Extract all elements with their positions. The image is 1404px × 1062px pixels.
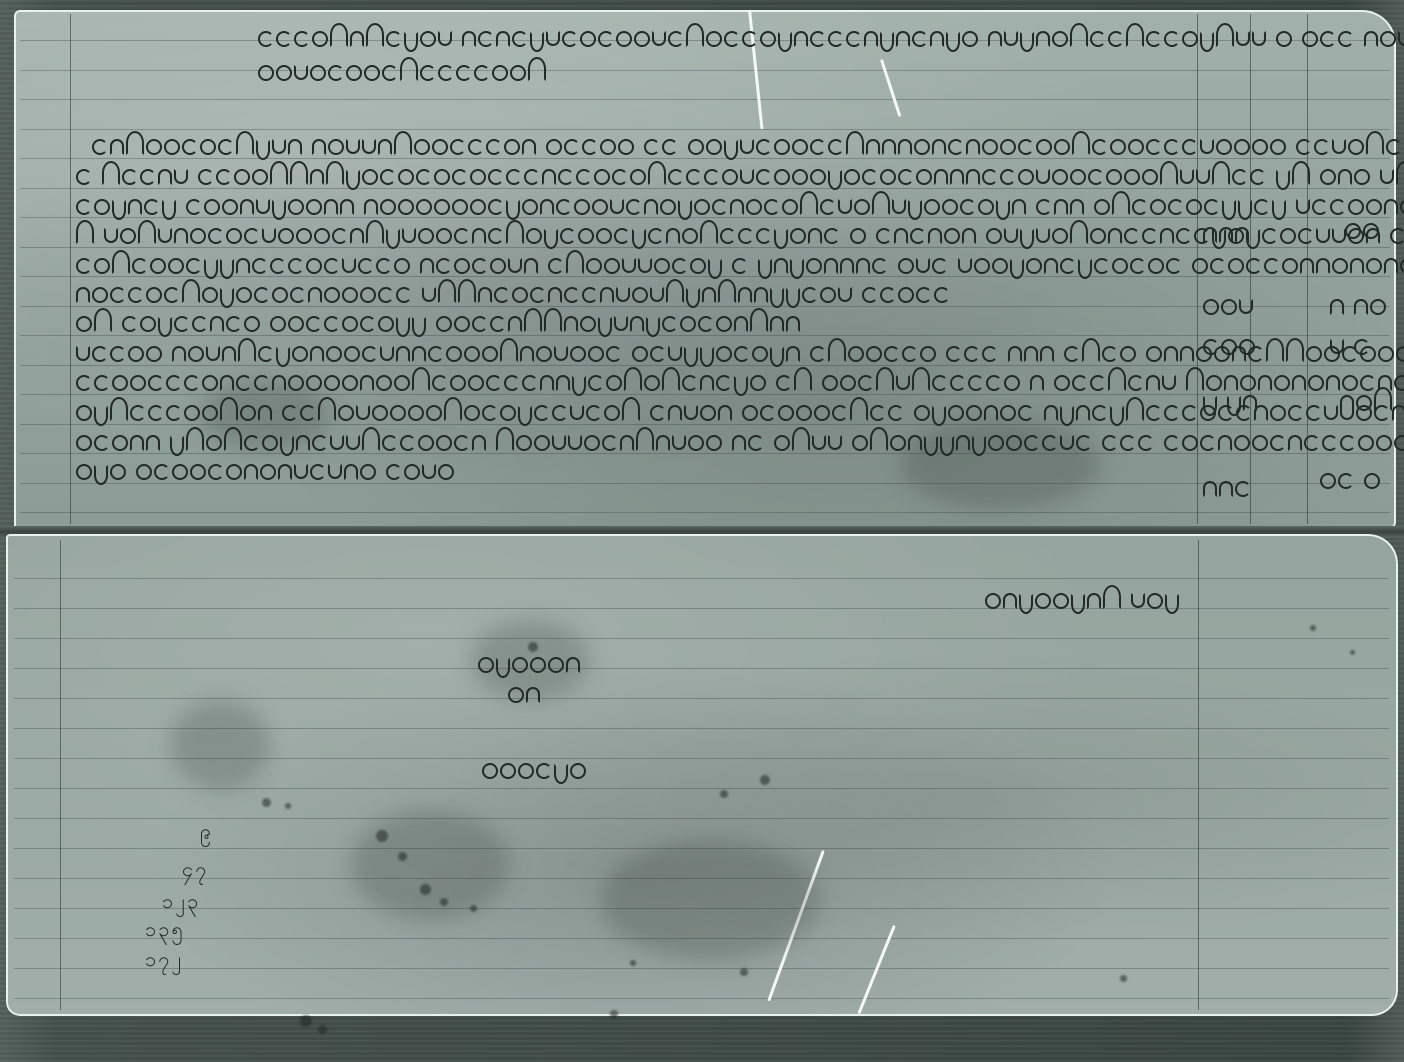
handwriting-stroke [226,316,242,332]
handwriting-stroke [520,346,534,362]
handwriting-stroke [682,375,698,391]
handwriting-stroke [1312,199,1328,215]
handwriting-stroke [452,199,468,215]
handwriting-stroke [1035,593,1051,609]
handwriting-stroke [416,169,432,185]
handwriting-stroke [1306,346,1322,362]
handwriting-stroke [506,169,522,185]
handwriting-stroke [226,228,242,244]
ink-stain [1120,975,1127,982]
handwriting-stroke [454,316,470,332]
handwriting-stroke [632,229,646,249]
handwriting-stroke [122,169,138,185]
handwriting-stroke [1060,406,1074,426]
handwriting-stroke [244,435,260,451]
handwriting-stroke [490,316,506,332]
handwriting-stroke [296,435,310,451]
handwriting-stroke [1348,139,1364,155]
handwriting-stroke [472,316,488,332]
ruled-line [14,998,1389,999]
handwriting-stroke [666,279,684,303]
handwriting-stroke [1036,228,1050,243]
handwriting-stroke [174,228,188,244]
handwriting-stroke [420,258,434,274]
number-note: ၁၇၂ [145,946,183,976]
handwriting-stroke [684,347,698,367]
handwriting-stroke [1326,375,1340,391]
handwriting-stroke [438,464,454,480]
handwriting-stroke [346,170,360,190]
handwriting-stroke [602,435,618,451]
handwriting-stroke [738,228,754,244]
handwriting-stroke [490,258,506,274]
handwriting-stroke [898,139,912,155]
handwriting-stroke [950,169,964,185]
handwriting-stroke [1054,199,1068,215]
handwriting-stroke [828,31,844,47]
handwriting-stroke [1182,405,1198,421]
handwriting-stroke [198,169,214,185]
handwriting-stroke [686,23,704,47]
handwriting-stroke [672,258,688,274]
handwriting-stroke [774,169,790,185]
handwriting-stroke [534,435,550,451]
handwriting-stroke [94,406,108,426]
handwriting-stroke [1006,435,1022,451]
handwriting-stroke [1384,258,1398,274]
handwriting-stroke [110,346,126,362]
handwriting-stroke [506,200,520,220]
handwriting-stroke [1070,23,1088,47]
handwriting-stroke [806,258,822,274]
handwriting-stroke [848,346,864,362]
handwriting-stroke [518,406,532,426]
handwriting-stroke [548,657,564,673]
handwriting-stroke [636,427,654,451]
margin-note: [margin mark] [1345,220,1381,239]
body-line: [Burmese handwritten body line 11] [76,432,1404,451]
handwriting-stroke [1228,258,1244,274]
handwriting-stroke [632,287,648,303]
handwriting-stroke [524,169,540,185]
handwriting-stroke [828,139,844,155]
handwriting-stroke [76,169,92,185]
handwriting-stroke [536,346,552,362]
handwriting-stroke [150,258,166,274]
handwriting-stroke [190,228,206,244]
handwriting-stroke [1221,299,1237,315]
handwriting-stroke [1366,131,1384,155]
handwriting-stroke [1064,346,1080,362]
ruled-line [14,638,1389,639]
handwriting-stroke [238,338,256,362]
handwriting-stroke [112,375,128,391]
handwriting-stroke [708,259,722,279]
handwriting-stroke [110,464,126,480]
handwriting-stroke [566,250,584,274]
handwriting-stroke [438,279,456,303]
handwriting-stroke [1316,258,1330,274]
handwriting-stroke [1358,435,1374,451]
handwriting-stroke [1356,395,1372,411]
handwriting-stroke [742,405,758,421]
handwriting-stroke [462,31,476,47]
handwriting-stroke [1300,258,1314,274]
handwriting-stroke [1296,139,1312,155]
handwriting-stroke [750,375,766,391]
handwriting-stroke [94,199,110,215]
handwriting-stroke [634,31,650,47]
margin-note: ၁၀၀ [1203,336,1257,355]
handwriting-stroke [1070,220,1088,244]
handwriting-stroke [584,435,600,451]
handwriting-stroke [776,375,792,391]
number-note: ၄၇ [182,856,209,886]
handwriting-stroke [1308,375,1324,391]
handwriting-stroke [1380,169,1394,184]
handwriting-stroke [474,65,490,81]
handwriting-stroke [472,258,488,274]
handwriting-stroke [1164,435,1180,451]
handwriting-stroke [450,139,466,155]
handwriting-stroke [586,258,602,274]
handwriting-stroke [272,139,286,154]
handwriting-stroke [1102,346,1118,362]
handwriting-stroke [494,287,510,303]
handwriting-stroke [436,316,452,332]
handwriting-stroke [204,259,218,279]
handwriting-stroke [1186,367,1204,391]
handwriting-stroke [882,139,896,155]
handwriting-stroke [1103,585,1121,609]
handwriting-stroke [742,31,758,47]
handwriting-stroke [458,279,476,303]
handwriting-stroke [312,139,326,155]
handwriting-stroke [1112,258,1128,274]
handwriting-stroke [752,346,768,362]
handwriting-stroke [694,199,710,215]
handwriting-stroke [360,287,376,303]
handwriting-stroke [866,139,880,155]
handwriting-stroke [1286,338,1304,362]
handwriting-stroke [910,228,926,244]
handwriting-stroke [928,228,942,244]
handwriting-stroke [1239,299,1253,314]
handwriting-stroke [208,464,224,480]
handwriting-stroke [1240,375,1256,391]
handwriting-stroke [810,346,826,362]
handwriting-stroke [810,139,826,155]
handwriting-stroke [1036,199,1052,215]
handwriting-stroke [436,435,452,451]
handwriting-stroke [1180,169,1194,184]
handwriting-stroke [544,308,562,332]
handwriting-stroke [94,258,110,274]
handwriting-stroke [718,405,732,421]
handwriting-stroke [1332,228,1346,243]
ink-smudge [600,840,820,960]
handwriting-stroke [1018,169,1034,185]
handwriting-stroke [812,435,826,450]
ink-stain [440,898,448,906]
handwriting-stroke [146,139,162,155]
handwriting-stroke [102,161,120,185]
handwriting-stroke [328,139,344,155]
handwriting-stroke [822,375,838,391]
handwriting-stroke [386,464,402,480]
handwriting-stroke [488,199,504,215]
handwriting-stroke [252,169,268,185]
handwriting-stroke [894,228,908,244]
handwriting-stroke [1054,375,1070,391]
handwriting-stroke [294,31,310,47]
handwriting-stroke [446,346,462,362]
handwriting-stroke [544,229,558,249]
handwriting-stroke [324,287,340,303]
handwriting-stroke [1124,228,1140,244]
handwriting-stroke [548,258,564,274]
handwriting-stroke [378,287,394,303]
handwriting-stroke [252,258,268,274]
handwriting-stroke [342,375,358,391]
handwriting-stroke [324,316,340,332]
handwriting-stroke [1366,258,1382,274]
handwriting-stroke [644,199,658,215]
handwriting-stroke [1380,31,1396,47]
handwriting-stroke [76,199,92,215]
handwriting-stroke [638,258,652,273]
handwriting-stroke [966,405,982,421]
handwriting-stroke [716,346,732,362]
handwriting-stroke [400,435,416,451]
handwriting-stroke [112,250,130,274]
handwriting-stroke [552,405,568,421]
handwriting-stroke [672,435,686,450]
handwriting-stroke [716,375,732,391]
handwriting-stroke [962,31,978,47]
ink-stain [300,1015,312,1027]
handwriting-stroke [1008,346,1022,362]
handwriting-stroke [786,316,800,332]
handwriting-stroke [1306,405,1322,421]
handwriting-stroke [426,405,442,421]
handwriting-stroke [572,376,586,396]
handwriting-stroke [558,169,574,185]
handwriting-stroke [864,31,878,47]
handwriting-stroke [276,347,290,367]
handwriting-stroke [1354,299,1368,315]
handwriting-stroke [1110,406,1124,426]
handwriting-stroke [680,316,696,332]
handwriting-stroke [1272,200,1286,220]
handwriting-stroke [738,287,752,303]
handwriting-stroke [858,375,874,391]
handwriting-stroke [422,287,436,302]
handwriting-stroke [170,436,184,456]
handwriting-stroke [380,169,396,185]
handwriting-stroke [346,435,360,450]
handwriting-stroke [262,435,278,451]
handwriting-stroke [256,140,270,160]
handwriting-stroke [258,346,274,362]
ruled-line [20,99,1390,100]
handwriting-stroke [1108,31,1124,47]
handwriting-stroke [1176,228,1192,244]
handwriting-stroke [838,199,852,214]
handwriting-stroke [746,199,762,215]
handwriting-stroke [1204,199,1220,215]
handwriting-stroke [1019,594,1033,614]
handwriting-stroke [974,258,990,274]
handwriting-stroke [656,435,670,451]
handwriting-stroke [148,375,164,391]
handwriting-stroke [624,367,642,391]
handwriting-stroke [1364,473,1380,489]
handwriting-stroke [362,346,378,362]
handwriting-stroke [660,199,676,215]
handwriting-stroke [712,199,728,215]
handwriting-stroke [732,435,746,451]
handwriting-stroke [1288,435,1302,451]
handwriting-stroke [470,169,486,185]
handwriting-stroke [1354,339,1370,355]
handwriting-stroke [1400,258,1404,274]
handwriting-stroke [464,405,480,421]
handwriting-stroke [1076,405,1090,421]
handwriting-stroke [1221,339,1237,355]
handwriting-stroke [916,169,932,185]
handwriting-stroke [366,23,384,47]
handwriting-stroke [996,200,1010,220]
handwriting-stroke [1366,199,1382,215]
handwriting-stroke [128,199,142,215]
handwriting-stroke [76,316,92,332]
handwriting-stroke [1042,435,1058,451]
handwriting-stroke [218,139,234,155]
handwriting-stroke [396,287,412,303]
handwriting-stroke [740,169,754,184]
handwriting-stroke [706,435,722,451]
handwriting-stroke [942,199,958,215]
ink-stain [318,1025,327,1034]
handwriting-stroke [1398,31,1404,46]
handwriting-stroke [604,258,620,274]
handwriting-stroke [782,199,798,215]
handwriting-stroke [1340,435,1356,451]
handwriting-stroke [968,375,984,391]
handwriting-stroke [182,279,200,303]
handwriting-stroke [1266,338,1284,362]
handwriting-stroke [534,405,550,421]
handwriting-stroke [396,317,410,337]
handwriting-stroke [1004,228,1018,243]
handwriting-stroke [556,199,572,215]
handwriting-stroke [630,169,646,185]
handwriting-stroke [600,287,614,303]
handwriting-stroke [648,161,666,185]
handwriting-stroke [394,375,410,391]
handwriting-stroke [1166,258,1182,274]
handwriting-stroke [630,316,644,332]
number-note: ၁၃၅ [145,916,185,946]
handwriting-stroke [1370,299,1386,315]
handwriting-stroke [92,346,108,362]
handwriting-stroke [1219,481,1233,497]
handwriting-stroke [488,228,504,244]
handwriting-stroke [1146,405,1162,421]
handwriting-stroke [1292,161,1310,185]
handwriting-stroke [1128,139,1144,155]
handwriting-stroke [722,169,738,185]
handwriting-stroke [146,287,162,303]
handwriting-stroke [168,258,184,274]
ruled-line [20,70,1390,71]
handwriting-stroke [360,375,374,391]
handwriting-stroke [122,316,138,332]
handwriting-stroke [704,169,720,185]
handwriting-stroke [668,31,684,47]
handwriting-stroke [364,199,378,215]
handwriting-stroke [934,287,950,303]
handwriting-stroke [1330,299,1344,315]
handwriting-stroke [796,405,812,421]
handwriting-stroke [158,317,172,337]
handwriting-stroke [1252,435,1268,451]
handwriting-stroke [1320,31,1336,47]
handwriting-stroke [418,435,434,451]
handwriting-stroke [662,367,680,391]
handwriting-stroke [390,405,406,421]
handwriting-stroke [1036,169,1050,184]
handwriting-stroke [478,657,494,673]
handwriting-stroke [1354,169,1370,185]
handwriting-stroke [378,316,394,332]
handwriting-stroke [932,258,948,274]
handwriting-stroke [1102,435,1118,451]
handwriting-stroke [988,435,1004,451]
handwriting-stroke [678,200,692,220]
handwriting-stroke [1124,169,1140,185]
handwriting-stroke [792,139,808,155]
handwriting-stroke [450,375,466,391]
handwriting-stroke [820,287,836,303]
handwriting-stroke [568,435,582,450]
handwriting-stroke [764,199,780,215]
handwriting-stroke [270,316,286,332]
body-line: [Burmese handwritten body line 12] [76,461,456,480]
handwriting-stroke [666,228,680,244]
handwriting-stroke [684,405,698,420]
handwriting-stroke [416,199,432,215]
handwriting-stroke [1052,31,1068,47]
handwriting-stroke [1276,170,1290,190]
handwriting-stroke [1378,346,1394,362]
handwriting-stroke [382,435,398,451]
handwriting-stroke [1394,435,1404,451]
handwriting-stroke [778,32,792,52]
handwriting-stroke [1078,259,1092,279]
handwriting-stroke [314,228,330,244]
handwriting-stroke [1087,593,1101,609]
handwriting-stroke [522,375,538,391]
handwriting-stroke [332,228,348,244]
handwriting-stroke [366,220,384,244]
handwriting-stroke [92,287,108,303]
handwriting-stroke [932,375,948,391]
handwriting-stroke [588,346,604,362]
handwriting-stroke [1168,199,1184,215]
ink-stain [610,1010,618,1018]
